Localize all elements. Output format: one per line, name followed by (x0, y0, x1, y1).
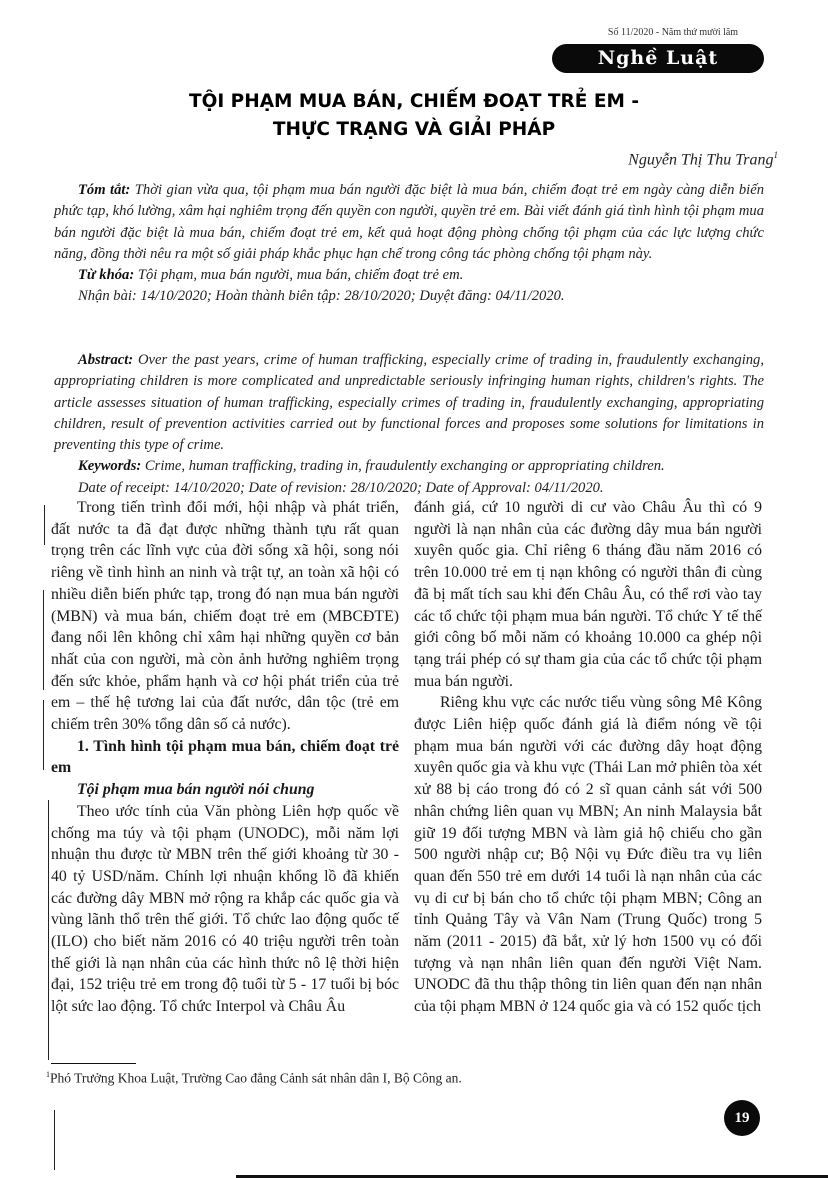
body-column-left: Trong tiến trình đổi mới, hội nhập và ph… (51, 497, 399, 1018)
english-abstract: Abstract: Over the past years, crime of … (54, 350, 764, 499)
title-line-1: TỘI PHẠM MUA BÁN, CHIẾM ĐOẠT TRẺ EM - (100, 88, 728, 116)
dates-en: Date of receipt: 14/10/2020; Date of rev… (54, 478, 764, 499)
vietnamese-abstract: Tóm tắt: Thời gian vừa qua, tội phạm mua… (54, 180, 764, 308)
scan-artifact-line (44, 505, 45, 545)
page-number-badge: 19 (724, 1100, 760, 1136)
abstract-paragraph: Abstract: Over the past years, crime of … (54, 350, 764, 456)
summary-paragraph: Tóm tắt: Thời gian vừa qua, tội phạm mua… (54, 180, 764, 265)
scan-artifact-line (54, 1110, 55, 1170)
keywords-en-label: Keywords: (78, 458, 141, 474)
scan-artifact-line (43, 590, 44, 690)
issue-line: Số 11/2020 - Năm thứ mười lăm (578, 27, 768, 38)
footnote-divider (51, 1063, 136, 1064)
summary-label: Tóm tắt: (78, 182, 130, 198)
footnote: 1Phó Trưởng Khoa Luật, Trường Cao đẳng C… (46, 1070, 462, 1087)
footnote-text: Phó Trưởng Khoa Luật, Trường Cao đẳng Cả… (50, 1071, 462, 1086)
body-paragraph: đánh giá, cứ 10 người di cư vào Châu Âu … (414, 497, 762, 692)
summary-text: Thời gian vừa qua, tội phạm mua bán ngườ… (54, 182, 764, 262)
body-paragraph: Theo ước tính của Văn phòng Liên hợp quố… (51, 801, 399, 1018)
title-line-2: THỰC TRẠNG VÀ GIẢI PHÁP (100, 116, 728, 144)
section-badge: Nghề Luật (552, 44, 764, 73)
scan-artifact-line (43, 700, 44, 770)
article-title: TỘI PHẠM MUA BÁN, CHIẾM ĐOẠT TRẺ EM - TH… (100, 88, 728, 144)
body-column-right: đánh giá, cứ 10 người di cư vào Châu Âu … (414, 497, 762, 1018)
author-name: Nguyễn Thị Thu Trang1 (628, 150, 778, 169)
section-heading-1: 1. Tình hình tội phạm mua bán, chiếm đoạ… (51, 736, 399, 779)
abstract-text: Over the past years, crime of human traf… (54, 352, 764, 453)
intro-paragraph: Trong tiến trình đổi mới, hội nhập và ph… (51, 497, 399, 736)
subsection-heading: Tội phạm mua bán người nói chung (51, 779, 399, 801)
abstract-label: Abstract: (78, 352, 133, 368)
body-paragraph: Riêng khu vực các nước tiểu vùng sông Mê… (414, 692, 762, 1018)
keywords-vi: Từ khóa: Tội phạm, mua bán người, mua bá… (54, 265, 764, 286)
author-note-marker: 1 (774, 150, 779, 160)
dates-vi: Nhận bài: 14/10/2020; Hoàn thành biên tậ… (54, 286, 764, 307)
scan-artifact-line (48, 800, 49, 1060)
keywords-en: Keywords: Crime, human trafficking, trad… (54, 456, 764, 477)
keywords-vi-label: Từ khóa: (78, 267, 134, 283)
